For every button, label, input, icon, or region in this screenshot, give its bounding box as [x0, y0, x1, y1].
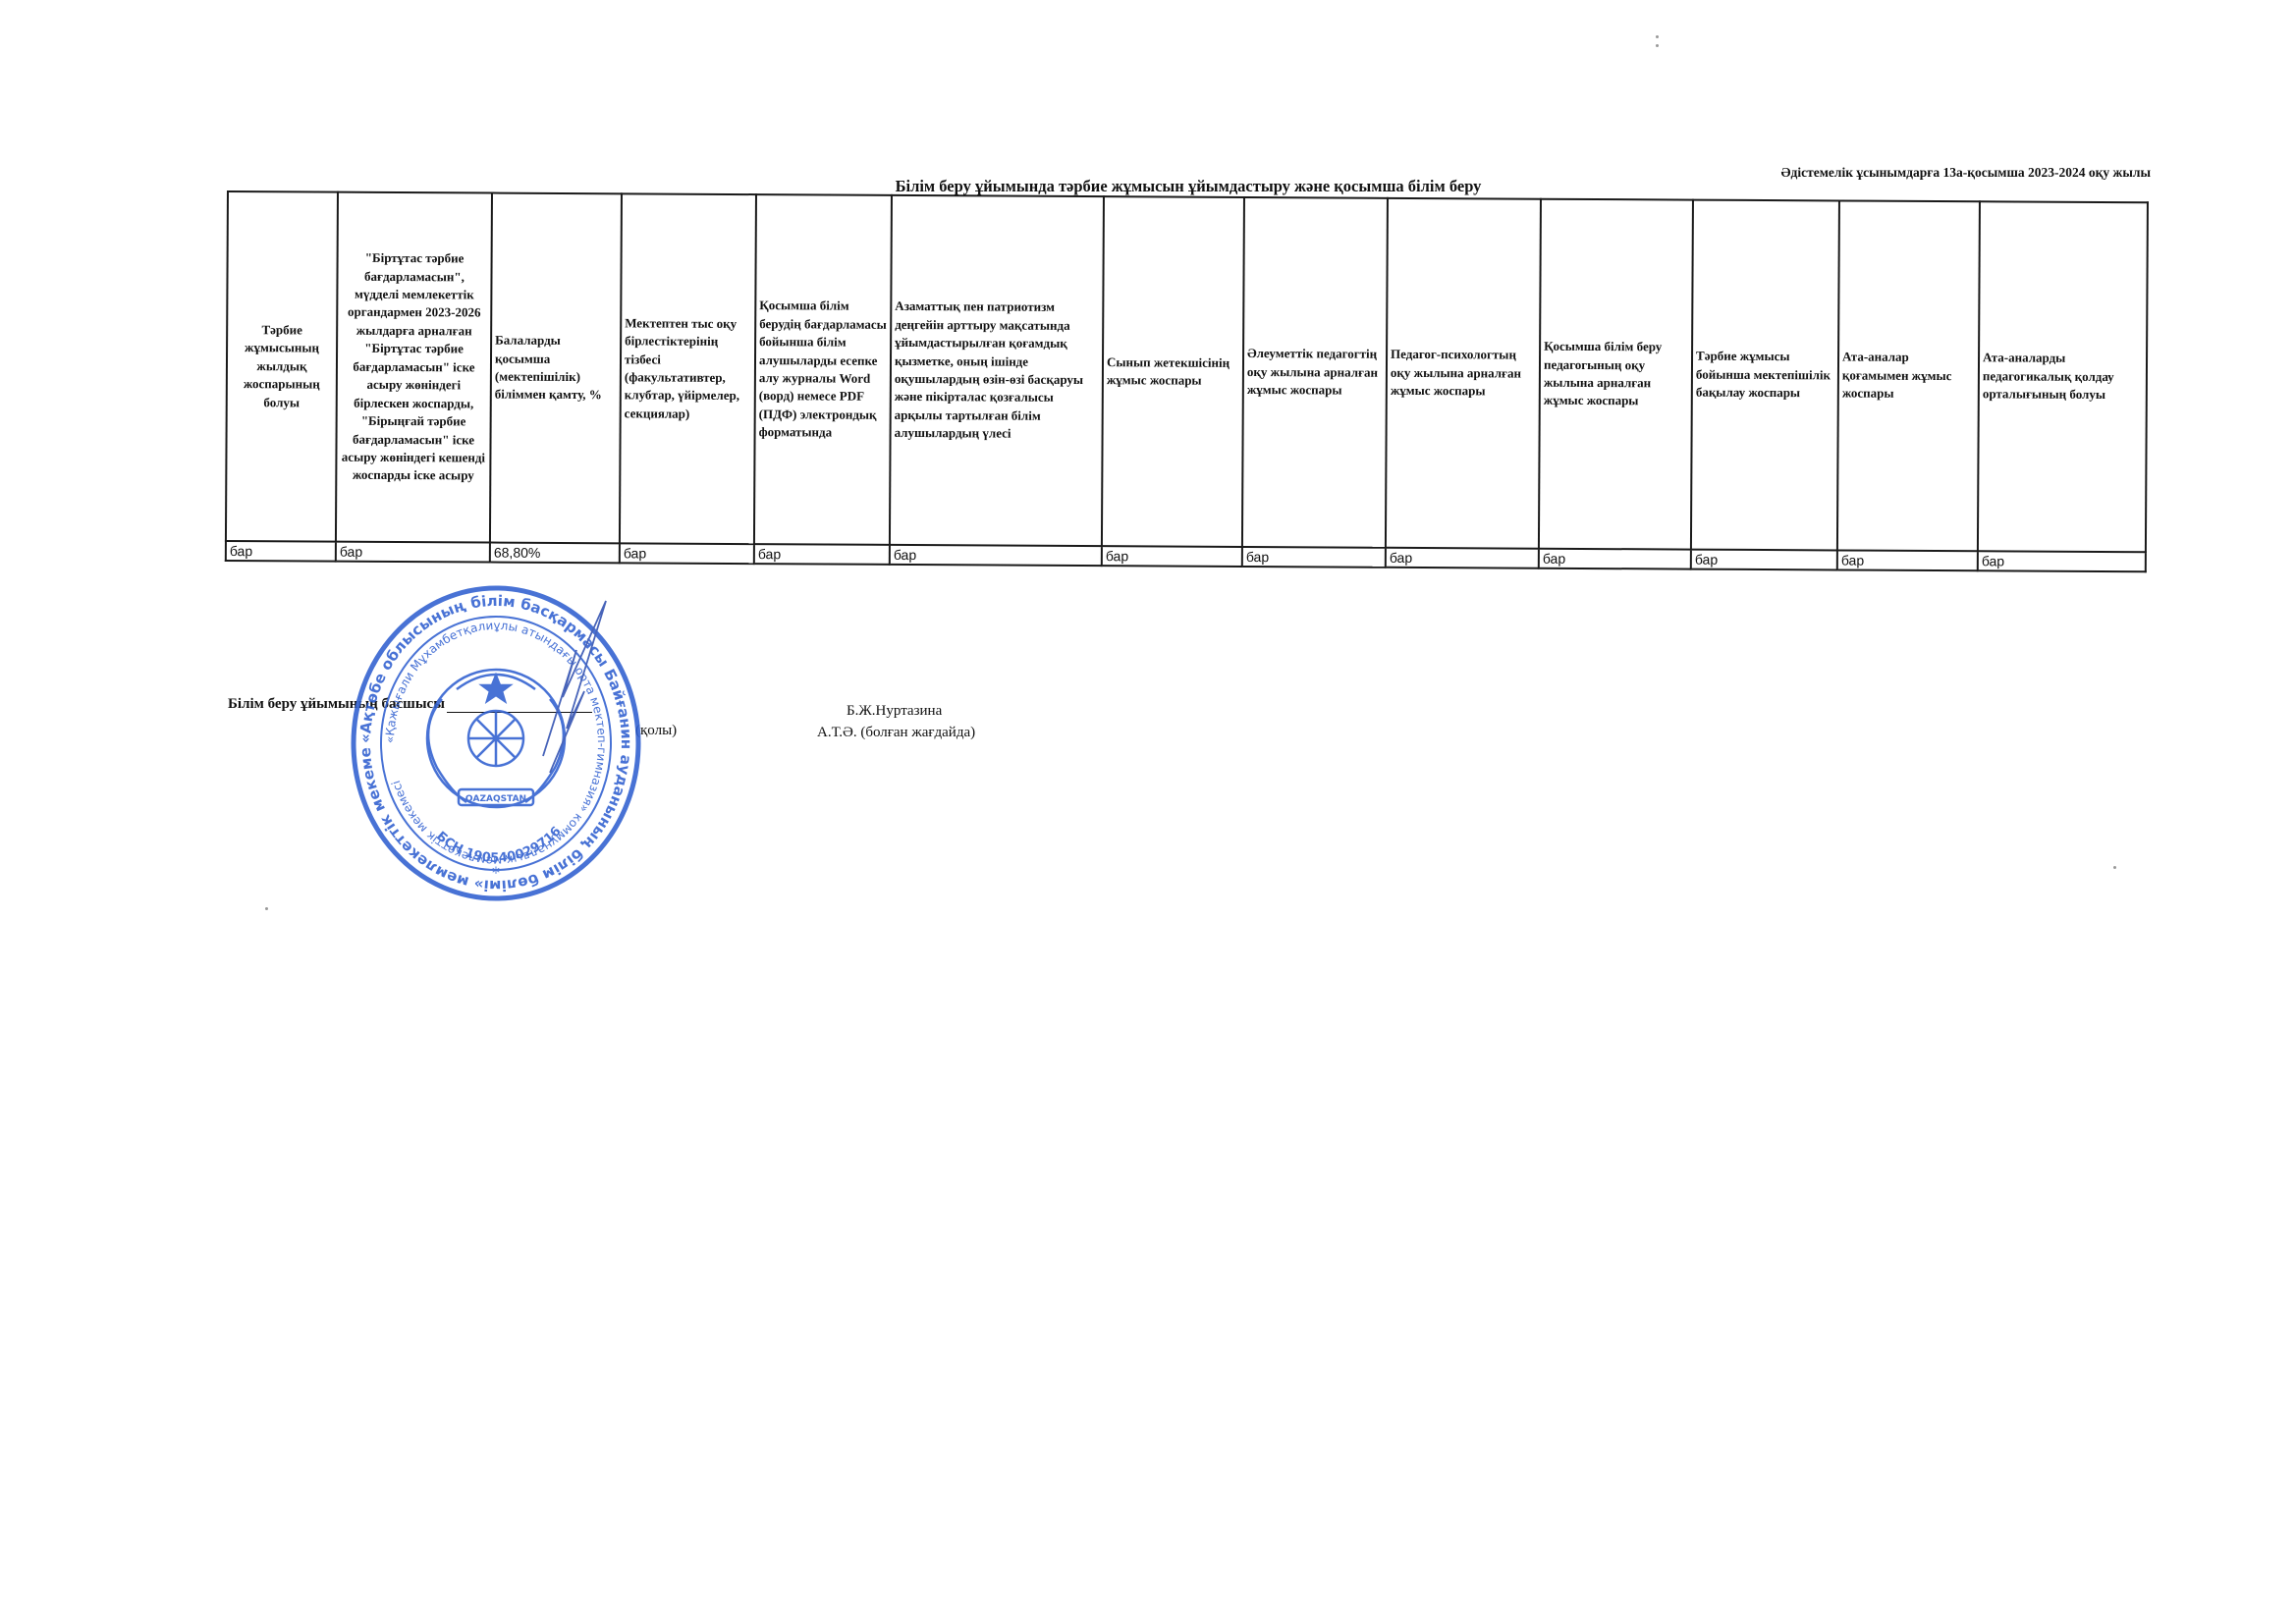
column-header: Ата-аналар қоғамымен жұмыс жоспары	[1837, 200, 1980, 551]
table-cell: бар	[1978, 551, 2146, 571]
table-cell: 68,80%	[490, 543, 620, 564]
stamp-inner-text: «Қажығали Мұхамбетқалиұлы атындағы орта …	[383, 619, 609, 868]
header-row: Тәрбие жұмысының жылдық жоспарының болуы…	[226, 191, 2148, 552]
report-table-container: Тәрбие жұмысының жылдық жоспарының болуы…	[225, 190, 2147, 572]
column-header: Балаларды қосымша (мектепішілік) білімме…	[490, 193, 622, 544]
signature-label: Білім беру ұйымының басшысы	[228, 696, 445, 712]
svg-text:БСН 190540029716: БСН 190540029716	[433, 824, 564, 866]
table-cell: бар	[1837, 550, 1978, 570]
table-cell: бар	[754, 544, 890, 565]
kazakhstan-emblem-icon	[427, 670, 565, 807]
stamp-outer-text: «Ақтөбе облысының білім басқармасы Байға…	[349, 581, 635, 894]
column-header: Мектептен тыс оқу бірлестіктерінің тізбе…	[620, 193, 756, 544]
signature-block: Білім беру ұйымының басшысы	[228, 696, 592, 713]
table-cell: бар	[1102, 546, 1242, 567]
table-cell: бар	[1386, 548, 1539, 568]
column-header: Азаматтық пен патриотизм деңгейін арттыр…	[890, 195, 1104, 546]
signature-caption: (қолы)	[635, 723, 677, 739]
scan-speck	[2113, 866, 2116, 869]
table-cell: бар	[1691, 550, 1837, 570]
signature-line	[447, 698, 592, 713]
column-header: Тәрбие жұмысының жылдық жоспарының болуы	[226, 191, 338, 542]
table-cell: бар	[1242, 547, 1386, 568]
scan-speck	[1656, 44, 1659, 47]
column-header: Қосымша білім беру педагогының оқу жылын…	[1539, 199, 1693, 550]
table-cell: бар	[1539, 549, 1691, 569]
column-header: Қосымша білім берудің бағдарламасы бойын…	[754, 194, 892, 545]
svg-text:*: *	[492, 863, 500, 882]
table-cell: бар	[620, 543, 754, 564]
column-header: Сынып жетекшісінің жұмыс жоспары	[1102, 196, 1244, 547]
table-cell: бар	[226, 541, 336, 562]
appendix-note: Әдістемелік ұсынымдарға 13а-қосымша 2023…	[1669, 165, 2151, 181]
stamp-bin: БСН 190540029716	[433, 824, 564, 866]
svg-text:«Қажығали Мұхамбетқалиұлы атын: «Қажығали Мұхамбетқалиұлы атындағы орта …	[383, 619, 609, 868]
report-table: Тәрбие жұмысының жылдық жоспарының болуы…	[225, 190, 2149, 572]
official-stamp: «Ақтөбе облысының білім басқармасы Байға…	[349, 581, 643, 905]
column-header: Тәрбие жұмысы бойынша мектепішілік бақыл…	[1691, 200, 1839, 551]
signer-name: Б.Ж.Нуртазина	[847, 703, 942, 720]
svg-text:«Ақтөбе облысының білім басқар: «Ақтөбе облысының білім басқармасы Байға…	[349, 581, 635, 894]
column-header: "Біртұтас тәрбие бағдарламасын", мүдделі…	[336, 192, 492, 543]
column-header: Әлеуметтік педагогтің оқу жылына арналға…	[1242, 197, 1388, 548]
stamp-seal-icon: «Ақтөбе облысының білім басқармасы Байға…	[349, 581, 643, 905]
signature-scribble-icon	[543, 601, 606, 773]
stamp-emblem-label: QAZAQSTAN	[465, 794, 526, 804]
signer-name-note: А.Т.Ә. (болған жағдайда)	[817, 725, 975, 741]
table-cell: бар	[336, 542, 490, 563]
column-header: Ата-аналарды педагогикалық қолдау орталы…	[1978, 201, 2148, 552]
scan-speck	[265, 907, 268, 910]
table-cell: бар	[890, 545, 1102, 566]
scan-speck	[1656, 35, 1659, 38]
column-header: Педагог-психологтың оқу жылына арналған …	[1386, 198, 1541, 549]
document-title: Білім беру ұйымында тәрбие жұмысын ұйымд…	[835, 177, 1542, 196]
